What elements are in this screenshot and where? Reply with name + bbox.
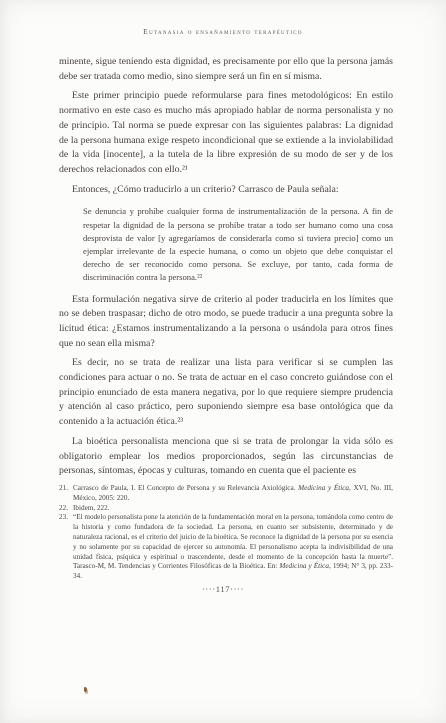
footnote-citation: Ibidem, 222. <box>73 504 110 512</box>
footnote-23: 23. “El modelo personalista pone la aten… <box>59 513 393 582</box>
running-header: Eutanasia o ensañamiento terapéutico <box>0 27 446 36</box>
scanned-page: Eutanasia o ensañamiento terapéutico min… <box>0 0 446 723</box>
scan-speck <box>84 687 87 692</box>
footnote-22: 22. Ibidem, 222. <box>59 504 393 514</box>
carrasco-block-quote: Se denuncia y prohíbe cualquier forma de… <box>83 205 393 284</box>
paragraph-first-principle: Este primer principio puede reformularse… <box>59 89 393 177</box>
paragraph-criterion-question: Entonces, ¿Cómo traducirlo a un criterio… <box>59 183 393 198</box>
paragraph-negative-formulation: Esta formulación negativa sirve de crite… <box>59 293 393 352</box>
paragraph-concrete-case: Es decir, no se trata de realizar una li… <box>59 356 393 430</box>
journal-title: Medicina y Ética <box>279 562 329 570</box>
footnote-citation: Carrasco de Paula, I. El Concepto de Per… <box>73 484 298 492</box>
footnote-text: “El modelo personalista pone la atención… <box>73 513 393 582</box>
paragraph-personalist-bioethics: La bioética personalista menciona que si… <box>59 435 393 479</box>
footnotes-section: 21. Carrasco de Paula, I. El Concepto de… <box>59 484 393 582</box>
footnote-number: 23. <box>59 513 73 582</box>
footnote-text: Carrasco de Paula, I. El Concepto de Per… <box>73 484 393 504</box>
journal-title: Medicina y Ética <box>298 484 349 492</box>
footnote-number: 22. <box>59 504 73 514</box>
paragraph-dignity-continuation: minente, sigue teniendo esta dignidad, e… <box>59 55 393 84</box>
footnote-number: 21. <box>59 484 73 504</box>
page-number: ····117···· <box>0 584 446 594</box>
footnote-21: 21. Carrasco de Paula, I. El Concepto de… <box>59 484 393 504</box>
footnote-text: Ibidem, 222. <box>73 504 393 514</box>
text-block: minente, sigue teniendo esta dignidad, e… <box>59 55 393 582</box>
